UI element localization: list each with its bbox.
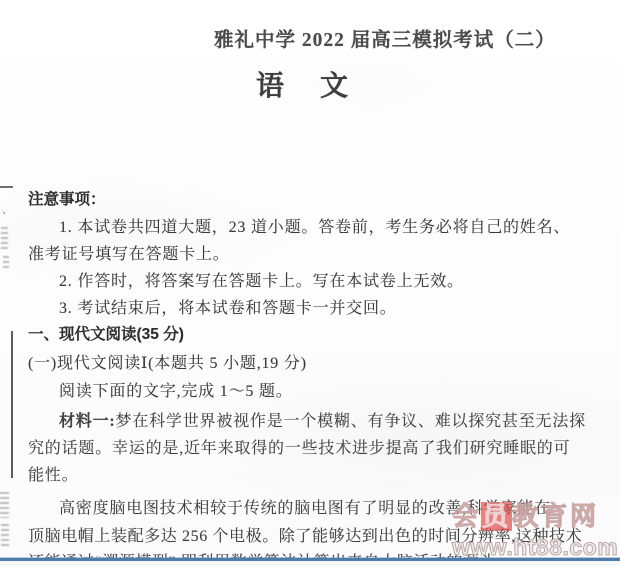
scan-artifact [3,256,9,270]
exam-subject: 语 文 [256,64,352,104]
watermark-chars: 教育网 [512,502,599,531]
reading-instruction: 阅读下面的文字,完成 1～5 题。 [59,378,293,401]
scan-margin-mark: 、 [2,201,13,217]
material-1-text: 梦在科学世界被视作是一个模糊、有争议、难以探究甚至无法探 [116,413,586,430]
scan-margin-dash [0,186,13,188]
exam-title: 雅礼中学 2022 届高三模拟考试（二） [214,24,556,52]
notice-item-2: 2. 作答时，将答案写在答题卡上。写在本试卷上无效。 [59,268,464,291]
notice-heading: 注意事项： [28,187,106,209]
watermark: 会 员 教育网 www.ht88.com [452,502,620,561]
scan-artifact [1,227,8,251]
watermark-site-name: 会 员 教育网 [452,502,620,531]
subsection-heading: (一)现代文阅读Ⅰ(本题共 5 小题,19 分) [28,350,307,373]
material-1-label: 材料一: [59,413,116,430]
scanned-exam-page: 雅礼中学 2022 届高三模拟考试（二） 语 文 注意事项： 1. 本试卷共四道… [0,0,620,565]
scan-margin-line [11,331,13,478]
watermark-url: www.ht88.com [452,534,620,561]
material-1-line-2: 究的话题。幸运的是,近年来取得的一些技术进步提高了我们研究睡眠的可 [28,435,570,458]
watermark-stamp-char: 员 [481,502,512,531]
scan-bottom-margin [0,561,620,565]
section-heading: 一、现代文阅读(35 分) [28,322,184,344]
notice-item-1-line-1: 1. 本试卷共四道大题，23 道小题。答卷前，考生务必将自己的姓名、 [59,214,570,237]
material-1-line-1: 材料一:梦在科学世界被视作是一个模糊、有争议、难以探究甚至无法探 [59,408,586,431]
scan-artifact [0,492,9,518]
notice-item-3: 3. 考试结束后，将本试卷和答题卡一并交回。 [59,295,397,318]
watermark-char: 会 [452,502,481,531]
scan-artifact [1,524,9,546]
notice-item-1-line-2: 准考证号填写在答题卡上。 [28,241,230,264]
material-1-line-3: 能性。 [28,462,78,485]
